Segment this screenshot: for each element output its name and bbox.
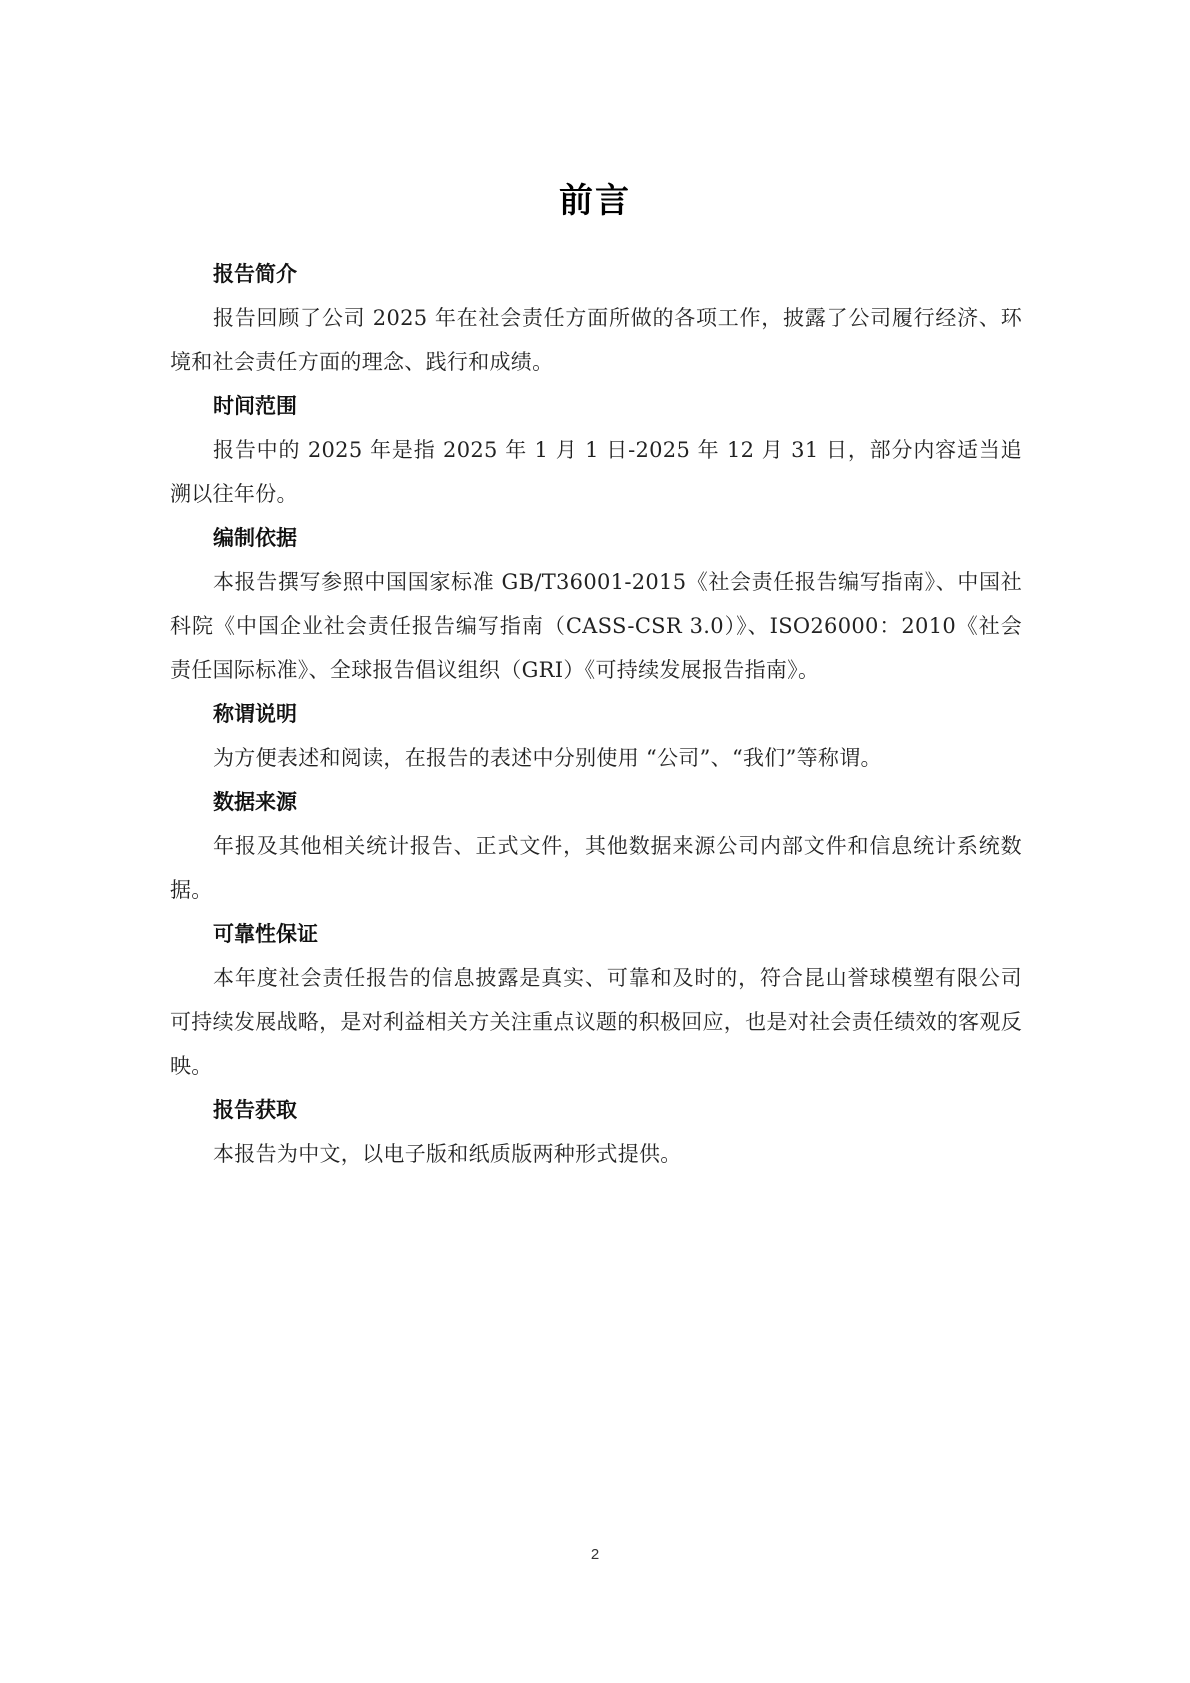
section-heading: 可靠性保证 [170, 912, 1022, 956]
section-heading: 数据来源 [170, 780, 1022, 824]
section-body: 为方便表述和阅读，在报告的表述中分别使用 “公司”、“我们”等称谓。 [170, 736, 1022, 780]
section-body: 本报告为中文，以电子版和纸质版两种形式提供。 [170, 1132, 1022, 1176]
section-heading: 编制依据 [170, 516, 1022, 560]
section-time-range: 时间范围 报告中的 2025 年是指 2025 年 1 月 1 日-2025 年… [170, 384, 1022, 516]
section-body: 报告中的 2025 年是指 2025 年 1 月 1 日-2025 年 12 月… [170, 428, 1022, 516]
preface-content: 报告简介 报告回顾了公司 2025 年在社会责任方面所做的各项工作，披露了公司履… [170, 252, 1022, 1176]
section-heading: 报告获取 [170, 1088, 1022, 1132]
section-body: 年报及其他相关统计报告、正式文件，其他数据来源公司内部文件和信息统计系统数据。 [170, 824, 1022, 912]
document-page: 前言 报告简介 报告回顾了公司 2025 年在社会责任方面所做的各项工作，披露了… [0, 0, 1190, 1683]
page-title: 前言 [0, 173, 1190, 222]
section-report-intro: 报告简介 报告回顾了公司 2025 年在社会责任方面所做的各项工作，披露了公司履… [170, 252, 1022, 384]
section-body: 报告回顾了公司 2025 年在社会责任方面所做的各项工作，披露了公司履行经济、环… [170, 296, 1022, 384]
section-data-source: 数据来源 年报及其他相关统计报告、正式文件，其他数据来源公司内部文件和信息统计系… [170, 780, 1022, 912]
section-terminology: 称谓说明 为方便表述和阅读，在报告的表述中分别使用 “公司”、“我们”等称谓。 [170, 692, 1022, 780]
section-reliability: 可靠性保证 本年度社会责任报告的信息披露是真实、可靠和及时的，符合昆山誉球模塑有… [170, 912, 1022, 1088]
section-body: 本年度社会责任报告的信息披露是真实、可靠和及时的，符合昆山誉球模塑有限公司可持续… [170, 956, 1022, 1088]
page-number: 2 [0, 1546, 1190, 1563]
section-report-access: 报告获取 本报告为中文，以电子版和纸质版两种形式提供。 [170, 1088, 1022, 1176]
section-compilation-basis: 编制依据 本报告撰写参照中国国家标准 GB/T36001-2015《社会责任报告… [170, 516, 1022, 692]
section-heading: 称谓说明 [170, 692, 1022, 736]
section-body: 本报告撰写参照中国国家标准 GB/T36001-2015《社会责任报告编写指南》… [170, 560, 1022, 692]
section-heading: 时间范围 [170, 384, 1022, 428]
section-heading: 报告简介 [170, 252, 1022, 296]
